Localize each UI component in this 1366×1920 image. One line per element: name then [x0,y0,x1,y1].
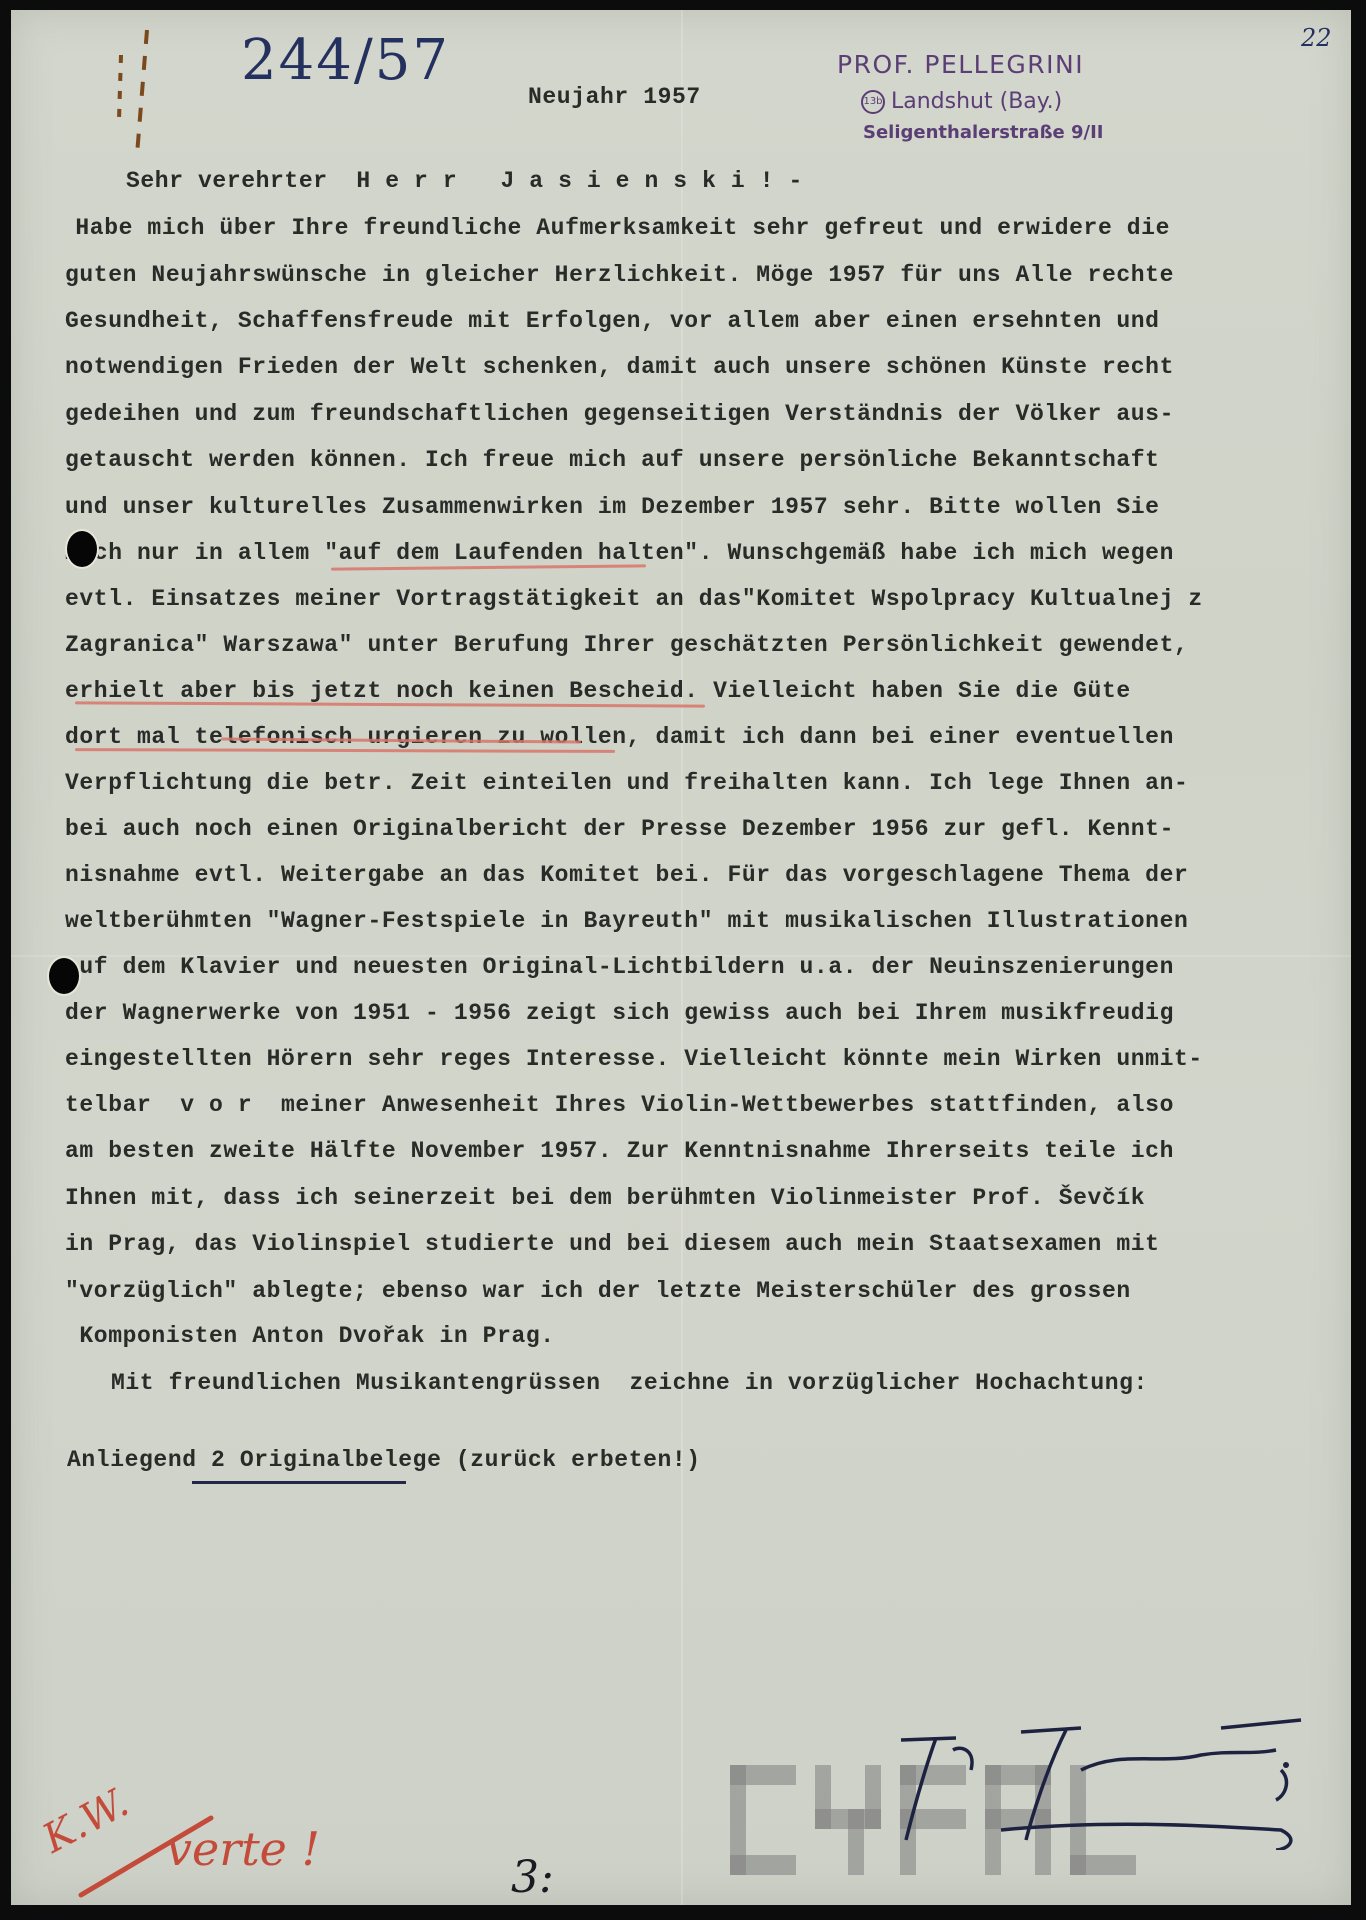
bottom-number: 3: [511,1852,554,1903]
body-line: notwendigen Frieden der Welt schenken, d… [65,354,1174,380]
body-line: telbar v o r meiner Anwesenheit Ihres Vi… [65,1092,1174,1118]
letter-page: 244/57 22 Neujahr 1957 PROF. PELLEGRINI … [11,10,1351,1905]
body-line: Habe mich über Ihre freundliche Aufmerks… [61,215,1170,241]
ink-stain-marks [101,20,161,150]
body-line: "vorzüglich" ablegte; ebenso war ich der… [65,1278,1131,1304]
letterhead-name: PROF. PELLEGRINI [837,50,1084,79]
body-line: auf dem Klavier und neuesten Original-Li… [65,954,1174,980]
body-line: am besten zweite Hälfte November 1957. Z… [65,1138,1174,1164]
archive-number: 244/57 [241,28,450,93]
body-line: gedeihen und zum freundschaftlichen gege… [65,401,1174,427]
punch-hole [49,958,79,994]
signature-icon [881,1710,1341,1850]
enclosure-line: Anliegend 2 Originalbelege (zurück erbet… [67,1447,701,1473]
red-note-verte: verte ! [166,1822,320,1876]
body-line: Komponisten Anton Dvořak in Prag. [65,1323,555,1349]
body-line: nisnahme evtl. Weitergabe an das Komitet… [65,862,1188,888]
blue-underline [192,1481,406,1484]
body-line: und unser kulturelles Zusammenwirken im … [65,494,1160,520]
body-line: Ihnen mit, dass ich seinerzeit bei dem b… [65,1185,1145,1211]
enclosure-underlined: 2 Originalbelege [211,1447,441,1473]
body-line: Zagranica" Warszawa" unter Berufung Ihre… [65,632,1188,658]
body-line: mich nur in allem "auf dem Laufenden hal… [65,540,1174,566]
red-underline [75,748,615,753]
body-line: weltberühmten "Wagner-Festspiele in Bayr… [65,908,1188,934]
enclosure-prefix: Anliegend [67,1447,211,1473]
letterhead-street: Seligenthalerstraße 9/II [863,122,1104,143]
enclosure-suffix: (zurück erbeten!) [441,1447,700,1473]
letterhead-city: Landshut (Bay.) [891,89,1062,114]
punch-hole [67,531,97,567]
closing-line: Mit freundlichen Musikantengrüssen zeich… [111,1370,1148,1396]
body-line: erhielt aber bis jetzt noch keinen Besch… [65,678,1131,704]
postal-code-circle-icon: 13b [861,90,885,114]
letterhead-city-line: 13b Landshut (Bay.) [861,89,1062,114]
body-line: Verpflichtung die betr. Zeit einteilen u… [65,770,1188,796]
body-line: Gesundheit, Schaffensfreude mit Erfolgen… [65,308,1160,334]
letter-date: Neujahr 1957 [528,84,701,110]
body-line: guten Neujahrswünsche in gleicher Herzli… [65,262,1174,288]
body-line: getauscht werden können. Ich freue mich … [65,447,1160,473]
body-line: der Wagnerwerke von 1951 - 1956 zeigt si… [65,1000,1174,1026]
page-number: 22 [1301,24,1332,52]
salutation: Sehr verehrter H e r r J a s i e n s k i… [126,168,803,194]
body-line: evtl. Einsatzes meiner Vortragstätigkeit… [65,586,1203,612]
body-line: in Prag, das Violinspiel studierte und b… [65,1231,1160,1257]
body-line: bei auch noch einen Originalbericht der … [65,816,1174,842]
body-line: eingestellten Hörern sehr reges Interess… [65,1046,1203,1072]
